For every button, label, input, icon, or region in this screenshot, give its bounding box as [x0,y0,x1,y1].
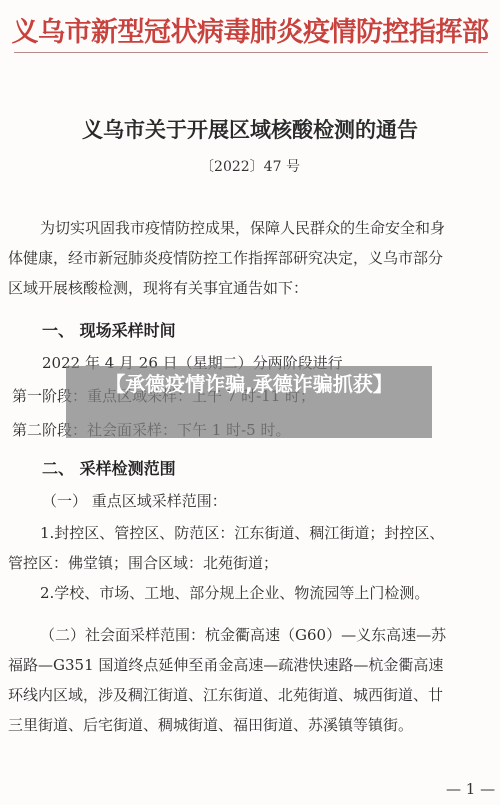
intro-line: 区域开展核酸检测，现将有关事宜通告如下： [8,273,492,303]
social-line: 三里街道、后宅街道、稠城街道、福田街道、苏溪镇等镇街。 [8,710,492,740]
issuing-authority-title: 义乌市新型冠状病毒肺炎疫情防控指挥部 [0,10,500,49]
item-line: 1.封控区、管控区、防范区：江东街道、稠江街道；封控区、 [8,518,492,548]
key-area-subheading: （一） 重点区域采样范围： [42,490,227,511]
header-divider [14,52,488,53]
intro-paragraph: 为切实巩固我市疫情防控成果，保障人民群众的生命安全和身 体健康，经市新冠肺炎疫情… [8,213,492,303]
social-line: 环线内区域，涉及稠江街道、江东街道、北苑街道、城西街道、廿 [8,680,492,710]
social-sampling-paragraph: （二）社会面采样范围：杭金衢高速（G60）—义东高速—苏 福路—G351 国道终… [8,620,492,740]
section-1-heading: 一、 现场采样时间 [42,318,176,341]
intro-line: 为切实巩固我市疫情防控成果，保障人民群众的生命安全和身 [8,213,492,243]
intro-line: 体健康，经市新冠肺炎疫情防控工作指挥部研究决定，义乌市部分 [8,243,492,273]
key-area-item-2: 2.学校、市场、工地、部分规上企业、物流园等上门检测。 [8,578,492,608]
caption-text: 【承德疫情诈骗,承德诈骗抓获】 [66,370,432,398]
document-page: 义乌市新型冠状病毒肺炎疫情防控指挥部 义乌市关于开展区域核酸检测的通告 〔202… [0,0,500,805]
notice-title: 义乌市关于开展区域核酸检测的通告 [0,114,500,144]
item-line: 管控区：佛堂镇；围合区域：北苑街道； [8,548,492,578]
caption-overlay: 【承德疫情诈骗,承德诈骗抓获】 [66,366,432,438]
page-number: — 1 — [446,780,495,798]
section-2-heading: 二、 采样检测范围 [42,456,176,479]
social-line: 福路—G351 国道终点延伸至甬金高速—疏港快速路—杭金衢高速 [8,650,492,680]
document-number: 〔2022〕47 号 [0,156,500,176]
key-area-item-1: 1.封控区、管控区、防范区：江东街道、稠江街道；封控区、 管控区：佛堂镇；围合区… [8,518,492,608]
social-line: （二）社会面采样范围：杭金衢高速（G60）—义东高速—苏 [8,620,492,650]
